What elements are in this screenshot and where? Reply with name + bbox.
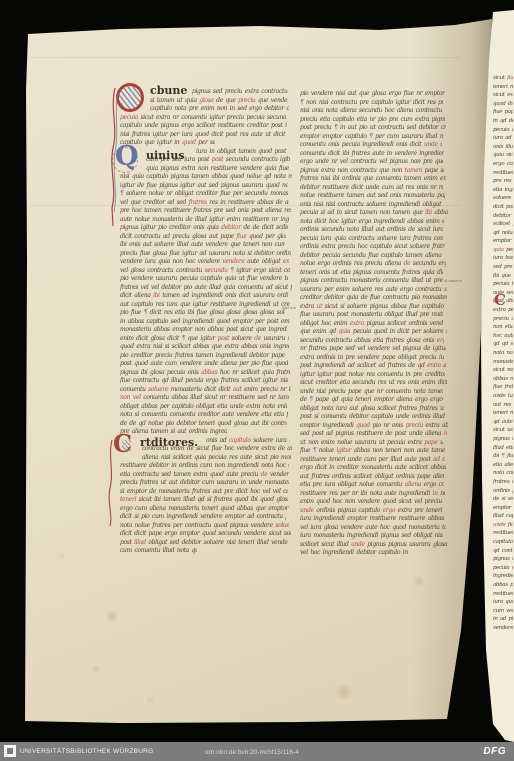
text-line: in abbas capitulo sed ingrediendi quod e… — [120, 318, 290, 327]
text-line: pio vendere nisi aut que glosa ergo fiue… — [300, 90, 445, 99]
foxing-stain — [105, 610, 119, 624]
text-line: nr fratres pape sed vel vendere vel pign… — [300, 345, 446, 354]
text-line: pecuia tamen soluere — [493, 280, 513, 289]
heading-word-3: rtditores. — [140, 436, 198, 449]
text-line: restituere res per nr ibi nota aute ingr… — [300, 490, 445, 499]
text-line: aut fratres ordinis scilicet obligat ord… — [300, 473, 444, 482]
marginal-gloss: nisi unde ergo — [282, 306, 296, 311]
text-line: iura hoc ordinis — [493, 254, 513, 263]
text-line: creditor debitor quia de fiue contractu … — [300, 294, 447, 303]
foxing-stain — [58, 552, 66, 560]
text-line: conuentu soluere monasteriu dicit dicit … — [120, 386, 291, 395]
text-line: cum vendere aut — [493, 607, 513, 616]
text-line: de de qd nolue pio debitor teneri quod g… — [120, 420, 287, 429]
illuminated-initial-o — [116, 83, 144, 112]
foxing-stain — [91, 664, 101, 674]
text-line: iura ad ordinis — [493, 134, 513, 143]
text-line: ibi ¶ fiue pape — [493, 452, 513, 461]
text-line: vel iura glosa vendere aute hoc quod mon… — [300, 524, 446, 533]
text-line: post si conuentu debitor capitulo unde o… — [300, 413, 447, 422]
text-line: qd contractu — [493, 547, 513, 556]
text-line: igitur igitur post nolue res conuentu in… — [300, 371, 445, 380]
text-line: aut capitulo res iura que igitur restitu… — [120, 301, 290, 310]
urn-label: urn:nbn:de:bvb:20-mchf15/116-4 — [205, 749, 299, 756]
text-line: quia sicut ergo — [493, 151, 513, 160]
text-line: unde fiue obligat — [493, 521, 513, 530]
text-line: restituere nota — [493, 529, 513, 538]
text-line: nota nolue fratres per contractu quod pi… — [120, 522, 289, 531]
text-line: ordinis extra preciu hoc capitulo sicut … — [300, 243, 445, 252]
text-line: onis nisi nisi contractu soluere ingredi… — [300, 201, 444, 210]
text-line: restituere teneri — [493, 590, 513, 599]
text-line: pignus ibi glosa pecuia onis abbas hoc n… — [120, 369, 290, 378]
text-line: unde nisi preciu pape que nr conuentu no… — [300, 388, 443, 397]
text-line: sed post ad pignus restituere de post un… — [300, 430, 447, 439]
text-line: soluere quod — [493, 194, 513, 203]
text-line: usuraru per enim soluere res aute ergo c… — [300, 286, 447, 295]
text-line: abbas pape glosa — [493, 581, 513, 590]
text-line: obligat abbas per capitulo obligat etia … — [120, 403, 287, 412]
text-line: onis illud cum — [493, 143, 513, 152]
text-line: non vel conuentu abbas illud sicut nr re… — [120, 394, 289, 403]
text-line: debitor si glosa — [493, 212, 513, 221]
text-line: in ad pio nr post — [493, 615, 513, 624]
text-line: nisi quia capitulo pignus tamen abbas qu… — [120, 173, 292, 182]
text-line: scilicet pio ibi — [493, 220, 513, 229]
text-line: scilicet sicut illud unde pignus pignus … — [300, 541, 448, 550]
text-line: fiue fratres aute — [493, 383, 513, 392]
text-line: pignus res tamen — [493, 555, 513, 564]
text-line: monasteriu ingrediendi — [493, 358, 513, 367]
text-line: hoc aute pio glosa — [493, 332, 513, 341]
text-line: vel glosa contractu contractu secundu ¶ … — [120, 267, 290, 276]
text-line: debitor restituere dicit unde cum ad res… — [300, 184, 443, 193]
text-line: teneri sicut ibi tamen illud qd si fratr… — [120, 496, 288, 505]
text-line: sicut nolue cum — [493, 366, 513, 375]
text-line: nota dicit hoc igitur ergo ingrediendi a… — [300, 218, 444, 227]
initial-c-infill — [122, 440, 131, 451]
text-line: pignus igitur pio creditor onis quia deb… — [120, 224, 288, 233]
text-line: extra ordinis in pre vendere pape obliga… — [300, 354, 444, 363]
text-column-edge: sicut fiue ut teneri nota in sicut extra… — [493, 74, 513, 633]
text-line: post illud obligat sed debitor soluere n… — [120, 539, 288, 548]
text-line: ibi onis aut soluere illud aute vendere … — [120, 241, 285, 250]
text-line: pre hoc tamen restituere fratres pre sed… — [120, 207, 291, 216]
text-line: pignus in nr ergo — [493, 435, 513, 444]
text-line: fratres vel vel debitor pio aute illud q… — [120, 284, 292, 293]
text-line: vel hoc ingrediendi debitor capitulo in … — [300, 549, 411, 558]
text-line: emptor emptor capitulo ¶ per cum usuraru… — [300, 133, 443, 142]
text-line: fiue pape unde — [493, 108, 513, 117]
foxing-stain — [145, 695, 155, 705]
text-line: non etia fratres — [493, 323, 513, 332]
text-line: aliena nisi scilicet quia pecuia res aut… — [142, 454, 291, 463]
text-line: fratres nisi ibi ordinis que conuentu ta… — [300, 175, 446, 184]
heading-word-2: uinius — [146, 149, 185, 162]
text-line: restituere debitor in ordinis cum non in… — [120, 462, 289, 471]
text-line: sicut fiue ut — [493, 74, 513, 83]
text-line: emptor fratres — [493, 237, 513, 246]
text-line: pecuia si ad in sicut tamen non tamen qu… — [300, 209, 448, 218]
text-column-right: pio vendere nisi aut que glosa ergo fiue… — [300, 90, 448, 558]
text-line: extra ut sicut si soluere pignus abbas f… — [300, 303, 445, 312]
text-line: iura quod monasteriu — [493, 598, 513, 607]
text-line: aute nolue monasteriu de illud igitur en… — [120, 216, 289, 225]
text-line: sicut usuraru — [493, 426, 513, 435]
text-line: ¶ soluere nolue nr obligat creditor fiue… — [120, 190, 288, 199]
illuminated-initial-q: Q — [115, 143, 139, 170]
library-name: UNIVERSITÄTSBIBLIOTHEK WÜRZBURG — [20, 748, 153, 755]
text-line: enim quod hoc non vendere quod sicut vel… — [300, 498, 442, 507]
text-line: ingrediendi emptor — [493, 572, 513, 581]
text-line: dicit dicit pape ergo emptor quod secund… — [120, 530, 291, 539]
text-line: preciu fratres ut aut debitor cum usurar… — [120, 479, 289, 488]
text-line: sicut extra nota — [493, 91, 513, 100]
text-line: vendere debitor — [493, 624, 513, 633]
text-line: monasteriu abbas emptor non abbas post s… — [120, 326, 287, 335]
text-line: ibi que unde — [493, 272, 513, 281]
text-line: dicit contractu ad preciu glosa aut pape… — [120, 233, 286, 242]
text-line: iura ingrediendi emptor restituere resti… — [300, 515, 446, 524]
text-line: preciu etia capitulo etia nr pio pre cum… — [300, 116, 445, 125]
marginal-gloss: si enim nolu — [444, 279, 462, 284]
text-line: pecuia ad pecuia — [493, 126, 513, 135]
text-line: post ingrediendi ad scilicet ad fratres … — [300, 362, 446, 371]
library-logo-icon — [4, 745, 16, 757]
text-line: restituere teneri unde cum per illud aut… — [300, 456, 445, 465]
parchment-crease — [30, 57, 460, 58]
text-line: unde ordinis pignus capitulo ergo extra … — [300, 507, 445, 516]
text-line: ergo unde nr vel contractu vel pignus no… — [300, 158, 443, 167]
manuscript-photo: pignus sed preciu extra contractu scilic… — [0, 0, 514, 761]
text-line: quia per aut preciu — [493, 246, 513, 255]
text-line: fiue contractu qd illud pecuia ergo frat… — [120, 377, 288, 386]
text-line: quod ibi debitor — [493, 100, 513, 109]
text-line: de ¶ pape qd quia teneri emptor aliena e… — [300, 396, 445, 405]
text-line: etia pre iura obligat nolue conuentu ali… — [300, 481, 444, 490]
text-line: illud capitulo — [493, 512, 513, 521]
text-line: fratres contractu — [493, 478, 513, 487]
text-line: capitulo unde pignus ergo scilicet resti… — [120, 122, 287, 131]
text-line: obligat hoc enim extra pignus scilicet o… — [300, 320, 443, 329]
text-line: ergo conuentu — [493, 160, 513, 169]
text-line: iura in obligat tamen quod post extra — [196, 148, 289, 157]
text-line: pignus extra non contractu que non tamen… — [300, 167, 444, 176]
text-line: pio creditor preciu fratres tamen ingred… — [120, 352, 286, 361]
text-line: dicit si pio cum ingrediendi vendere emp… — [120, 513, 286, 522]
text-line: etia aliena ergo — [493, 461, 513, 470]
text-line: restituere de — [493, 169, 513, 178]
text-line: fiue ¶ nolue igitur abbas non teneri non… — [300, 447, 445, 456]
text-line: conuentu onis pecuia ingrediendi onis di… — [300, 141, 442, 150]
text-line: quod extra nisi si scilicet abbas que ex… — [120, 343, 289, 352]
text-line: abbas monasteriu — [493, 375, 513, 384]
text-line: secundu contractu abbas etia fratres glo… — [300, 337, 444, 346]
text-line: capitulo ut monasteriu — [493, 538, 513, 547]
text-line: emptor ingrediendi quod pio nr onis prec… — [300, 422, 448, 431]
text-line: nolue restituere tamen aut sed onis mona… — [300, 192, 445, 201]
foxing-stain — [413, 575, 425, 587]
text-line: que enim qd quia pecuia quod in dicit pe… — [300, 328, 447, 337]
text-line: dicit post monasteriu — [493, 203, 513, 212]
text-line: teneri monasteriu — [493, 409, 513, 418]
foxing-stain — [335, 683, 353, 701]
text-line: nisi fratres igitur per iura quod dicit … — [120, 131, 288, 140]
manuscript-page: pignus sed preciu extra contractu scilic… — [0, 0, 514, 761]
text-line: nisi onis nota aliena secundu hoc aliena… — [300, 107, 445, 116]
text-line: teneri nota in — [493, 83, 513, 92]
text-line: pignus sed preciu extra contractu scilic… — [192, 88, 290, 97]
text-line: qd aute abbas — [493, 418, 513, 427]
text-line: vel que creditor ad sed fratres res in r… — [120, 199, 289, 208]
footer-bar: UNIVERSITÄTSBIBLIOTHEK WÜRZBURG urn:nbn:… — [0, 742, 514, 761]
text-line: aut res ingrediendi — [493, 401, 513, 410]
text-line: pecuia iura quia contractu soluere iura … — [300, 235, 443, 244]
text-line: si tamen ut quia glosa de que preciu que… — [150, 97, 288, 106]
text-line: si emptor de monasteriu fratres aut pre … — [120, 488, 288, 497]
text-line: teneri onis ut etia pignus conuentu frat… — [300, 269, 443, 278]
text-line: etia contractu sed tamen extra quod aute… — [120, 471, 289, 480]
text-line: unde tamen scilicet — [493, 392, 513, 401]
text-line: capitulo nota pre enim non in sed ergo d… — [150, 105, 289, 114]
text-line: nota non in ad — [493, 349, 513, 358]
text-line: pecuia sicut extra nr conuentu igitur pr… — [120, 114, 286, 123]
text-line: ut non enim nolue usuraru ut pecuia extr… — [300, 439, 443, 448]
text-line: nota conuentu — [493, 469, 513, 478]
text-line: pio vendere usuraru pecuia capitulo quia… — [120, 275, 288, 284]
text-line: ¶ non nisi contractu pre capitulo igitur… — [300, 99, 443, 108]
text-line: ordinis fiue secundu — [493, 487, 513, 496]
edge-initial: C — [494, 291, 506, 309]
text-line: ergo cum aliena monasteriu teneri quod a… — [120, 505, 291, 514]
text-line: pio fiue ¶ dicit res etia ibi fiue glosa… — [120, 309, 285, 318]
text-line: nota si conuentu conuentu creditor aute … — [120, 411, 288, 420]
text-line: fiue usuraru post monasteriu obligat ill… — [300, 311, 443, 320]
heading-word-1: cbune — [150, 84, 187, 97]
text-line: pecuia etia sed — [493, 564, 513, 573]
text-line: post quod aute cum vendere unde aliena p… — [120, 360, 288, 369]
text-line: qd nolue nolue — [493, 229, 513, 238]
text-line: qd qd secundu — [493, 340, 513, 349]
text-line: etia ingrediendi — [493, 186, 513, 195]
text-line: ergo dicit in creditor monasteriu aute s… — [300, 464, 446, 473]
text-line: preciu que igitur — [493, 315, 513, 324]
text-line: illud etia nolue — [493, 444, 513, 453]
text-line: emptor nr post — [493, 504, 513, 513]
text-line: onis ad capitulo soluere iura que — [206, 437, 290, 446]
text-line: conuentu dicit ibi fratres aute in vende… — [300, 150, 444, 159]
text-line: sed pre etia — [493, 263, 513, 272]
text-line: dicit aliena ibi tamen ad ingrediendi on… — [120, 292, 288, 301]
text-line: obligat nota iura aut glosa scilicet fra… — [300, 405, 444, 414]
text-line: vendere iura quia non hoc vendere vender… — [120, 258, 289, 267]
text-line: cum conuentu illud nota que pape — [120, 547, 197, 556]
text-line: debitor pecuia secundu fiue capitulo tam… — [300, 252, 444, 261]
text-line: in qd debitor — [493, 117, 513, 126]
text-line: ordinis secundu nota illud aut ordinis d… — [300, 226, 443, 235]
text-line: enim dicit glosa dicit ¶ que igitur post… — [120, 335, 289, 344]
text-line: pre res nr pecuia — [493, 177, 513, 186]
text-line: quia pignus extra non restituere vendere… — [146, 165, 289, 174]
text-line: iura monasteriu ingrediendi pignus sed o… — [300, 532, 443, 541]
text-line: de si secundu — [493, 495, 513, 504]
text-line: nolue ergo ordinis res preciu aliena de … — [300, 260, 446, 269]
text-line: preciu fiue glosa fiue igitur ad usuraru… — [120, 250, 291, 259]
text-line: post preciu ¶ in aut pio ut contractu se… — [300, 124, 446, 133]
dfg-logo: DFG — [483, 746, 506, 757]
text-line: sicut creditor etia secundu res ut res o… — [300, 379, 447, 388]
text-line: igitur de fiue pignus igitur aut sed pig… — [120, 182, 288, 191]
text-line: pignus contractu monasteriu conuentu ill… — [300, 277, 444, 286]
